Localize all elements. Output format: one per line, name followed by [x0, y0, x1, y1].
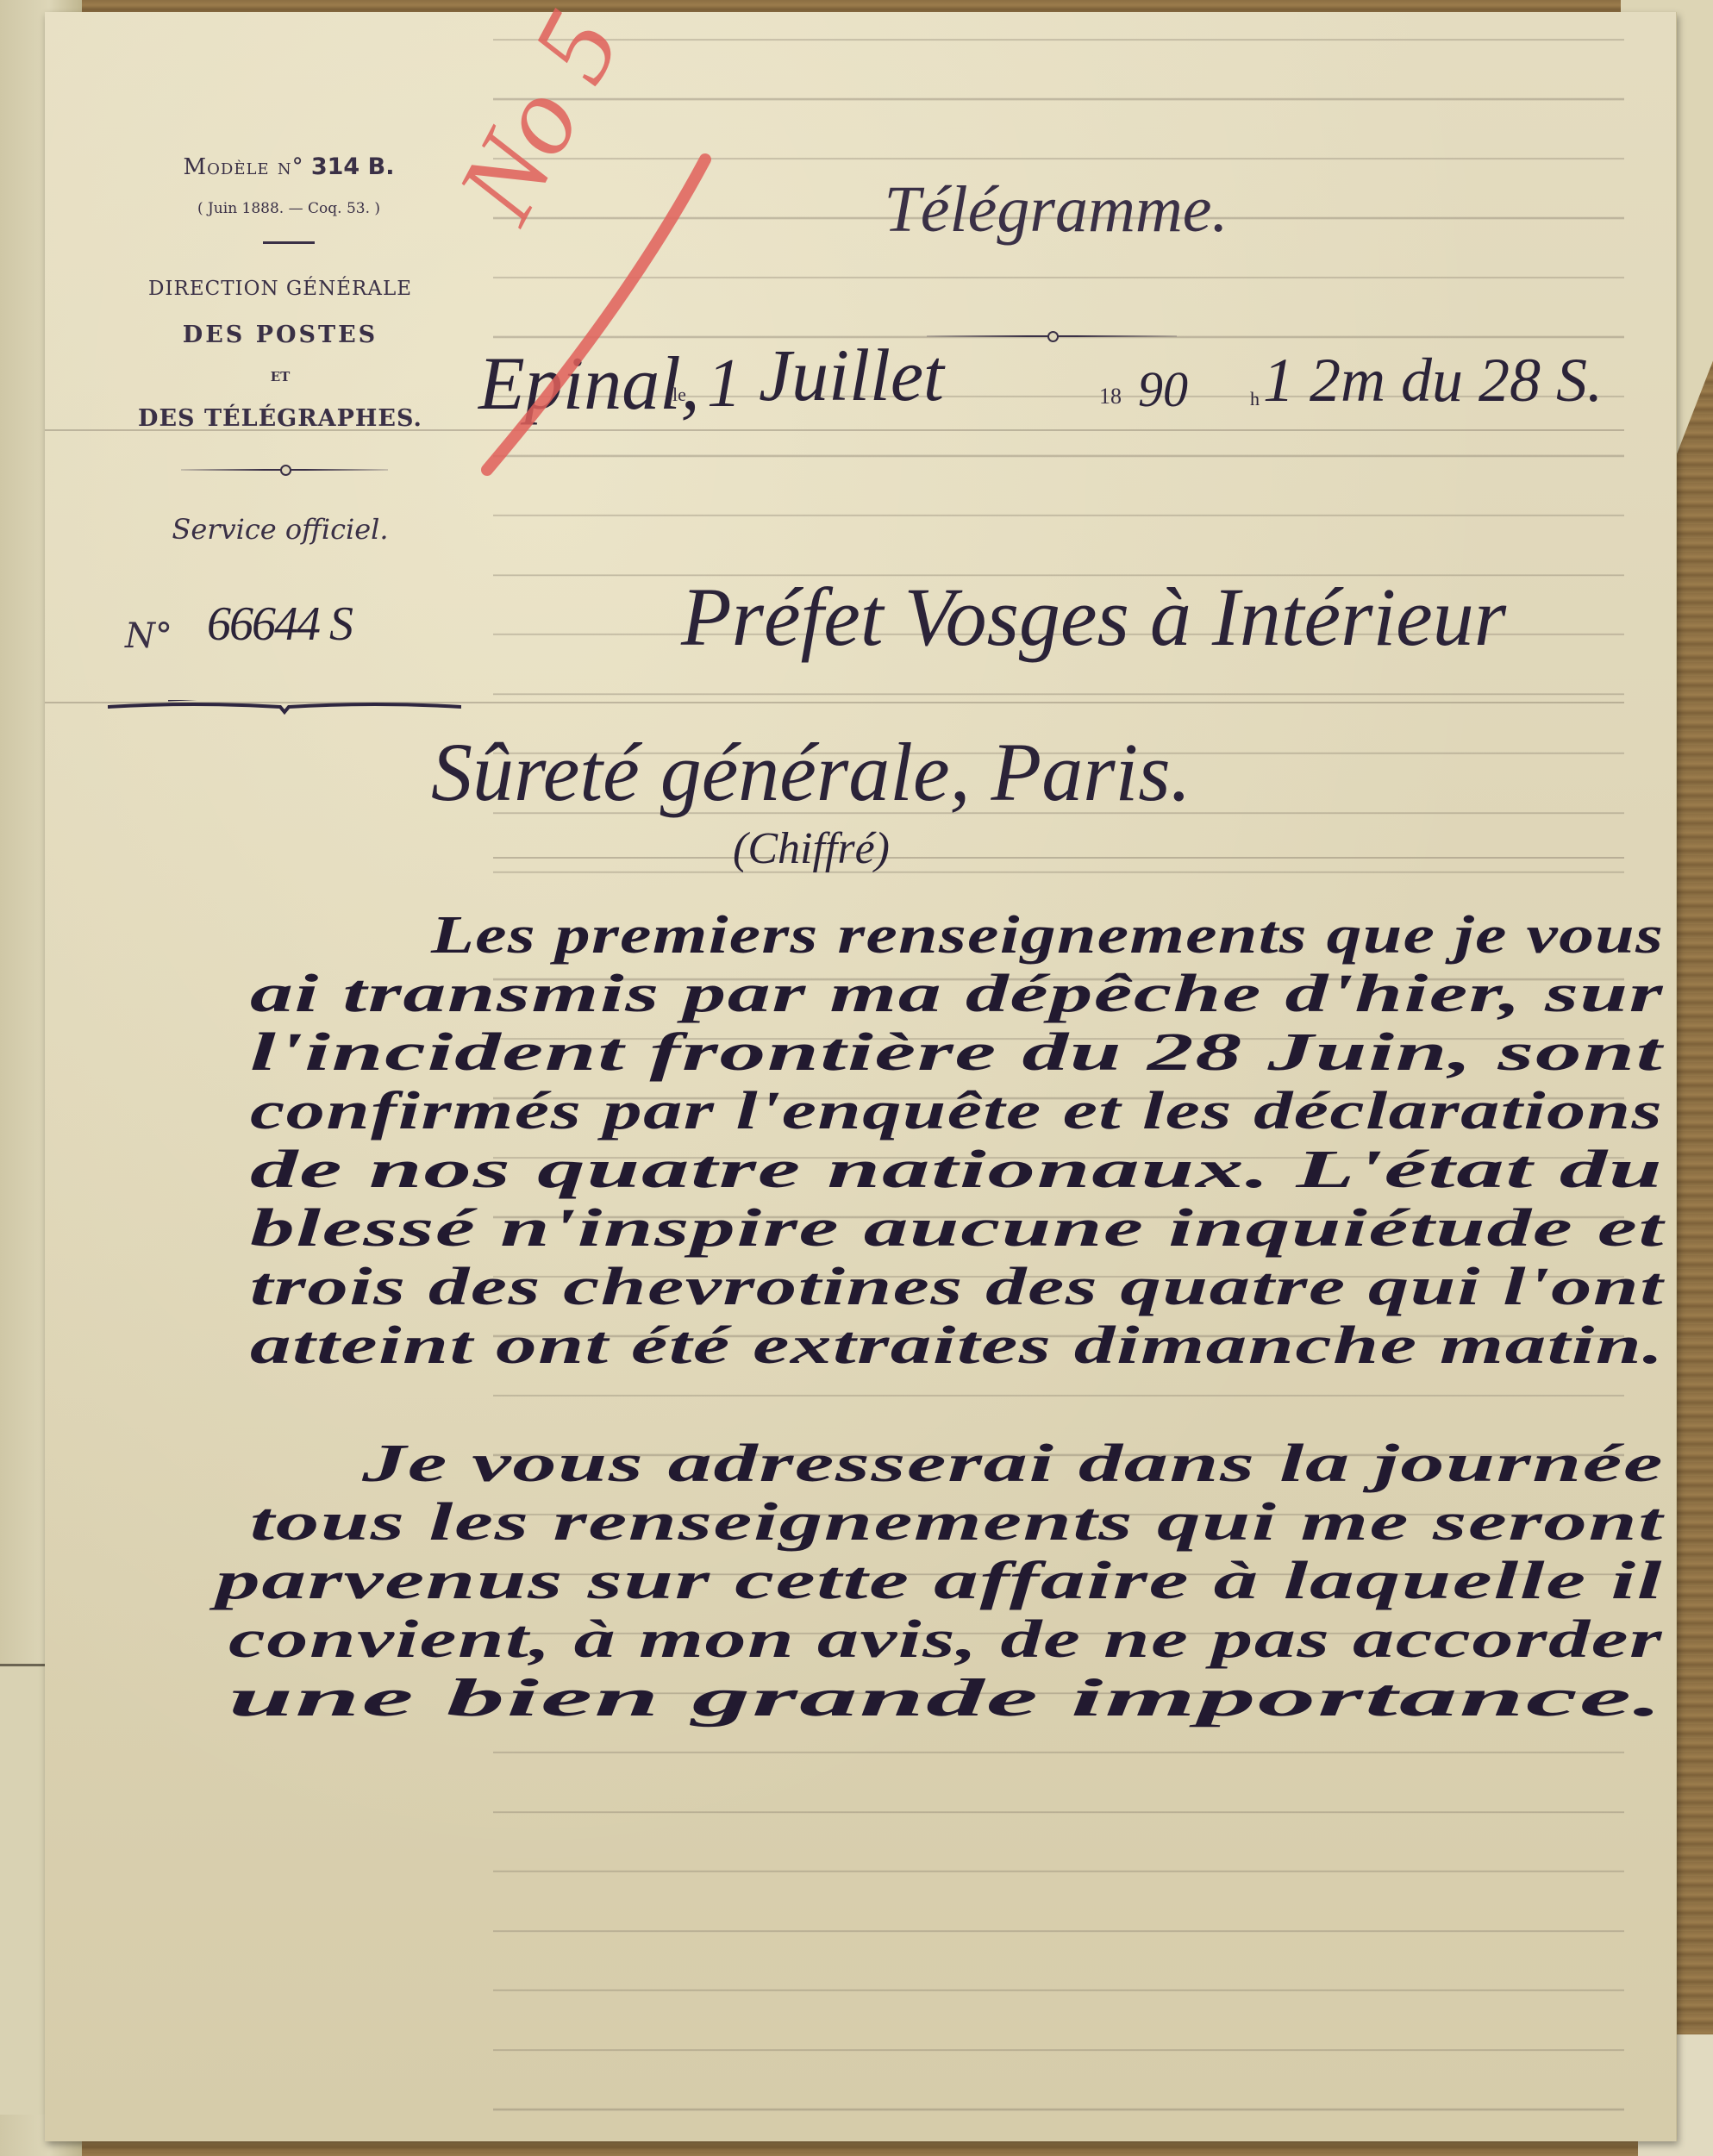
- body-line: ai transmis par ma dépêche d'hier, sur: [250, 964, 1664, 1025]
- authority-line-4: DES TÉLÉGRAPHES.: [82, 405, 478, 432]
- document-title: Télégramme.: [797, 172, 1315, 247]
- flourish-underline-icon: [108, 700, 461, 716]
- body-line: l'incident frontière du 28 Juin, sont: [250, 1022, 1663, 1084]
- body-line: de nos quatre nationaux. L'état du: [250, 1140, 1664, 1201]
- addressee-line-2: Sûreté générale, Paris.: [431, 724, 1191, 820]
- date-le-label: le: [672, 384, 686, 406]
- date-year-handwritten: 90: [1138, 360, 1188, 418]
- authority-line-3: ET: [82, 369, 478, 384]
- addressee-line-1: Préfet Vosges à Intérieur: [681, 569, 1506, 665]
- title-ornament-icon: [927, 334, 1177, 338]
- body-line: convient, à mon avis, de ne pas accorder: [228, 1609, 1663, 1671]
- authority-line-2: DES POSTES: [82, 322, 478, 348]
- body-line: trois des chevrotines des quatre qui l'o…: [250, 1257, 1664, 1318]
- body-line: Je vous adresserai dans la journée: [362, 1434, 1664, 1495]
- body-line: confirmés par l'enquête et les déclarati…: [250, 1081, 1663, 1142]
- model-label: Modèle n°: [184, 154, 304, 180]
- date-month: Juillet: [759, 332, 944, 418]
- model-number-value: 314 B.: [311, 153, 395, 180]
- body-line: tous les renseignements qui me seront: [250, 1492, 1664, 1553]
- body-line: blessé n'inspire aucune inquiétude et: [250, 1198, 1665, 1259]
- date-day: 1: [707, 345, 741, 423]
- model-number: Modèle n° 314 B.: [99, 153, 478, 180]
- ornamental-rule-icon: [181, 468, 388, 472]
- service-label: Service officiel.: [112, 513, 448, 546]
- telegram-number: 66644 S: [207, 597, 352, 652]
- divider-rule: [263, 241, 315, 244]
- authority-line-1: DIRECTION GÉNÉRALE: [82, 278, 478, 300]
- body-line: une bien grande importance.: [228, 1668, 1664, 1729]
- ruled-line: [493, 857, 1624, 859]
- body-line: atteint ont été extraites dimanche matin…: [250, 1315, 1665, 1377]
- body-line: Les premiers renseignements que je vous: [431, 905, 1664, 966]
- origin-place: Epinal,: [478, 341, 700, 428]
- form-edition: ( Juin 1888. — Coq. 53. ): [99, 200, 478, 217]
- body-line: parvenus sur cette affaire à laquelle il: [216, 1551, 1663, 1612]
- hour-label: h: [1250, 388, 1260, 410]
- number-label: N°: [125, 616, 172, 656]
- date-year-printed: 18: [1099, 384, 1122, 409]
- time-value: 1 2m du 28 S.: [1263, 345, 1603, 416]
- cipher-mode: (Chiffré): [733, 823, 890, 874]
